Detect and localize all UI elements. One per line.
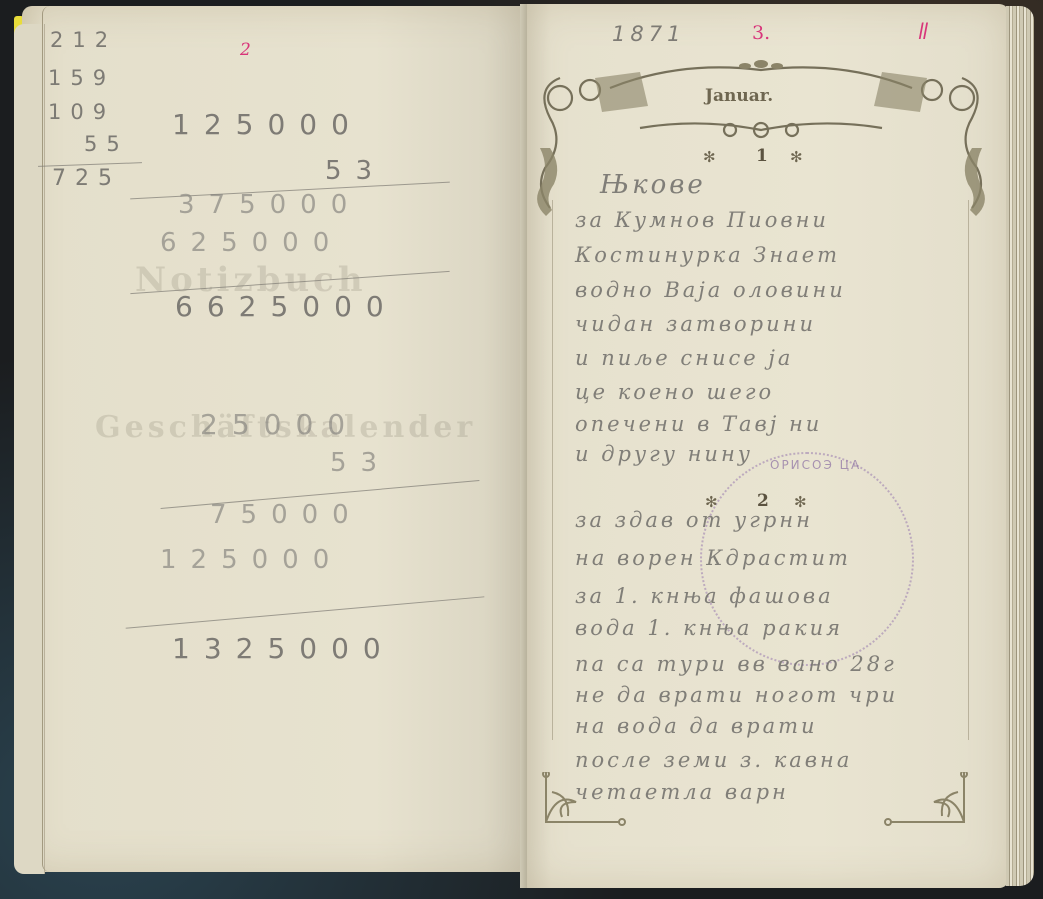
- flower-ornament-icon: ✻: [790, 148, 803, 166]
- day2-line-3: за 1. кнња фашова: [575, 584, 834, 608]
- year-note: 1871: [612, 22, 685, 46]
- day1-line-7: це коено шего: [575, 380, 774, 404]
- frame-right-line: [968, 200, 969, 740]
- calc1-partial-2: 625000: [160, 228, 343, 258]
- day1-line-3: Костинурка Знает: [575, 243, 840, 267]
- sum-row-4: 55: [84, 132, 129, 156]
- corner-ornament-left-icon: [540, 772, 630, 832]
- sum-row-1: 212: [50, 28, 117, 52]
- day2-line-8: после земи з. кавна: [575, 748, 852, 772]
- left-page-number: 2: [240, 40, 251, 60]
- frame-left-line: [552, 200, 553, 740]
- sum-row-3: 109: [48, 100, 115, 124]
- under-leaf: [14, 24, 45, 874]
- calc1-multiplicand: 125000: [172, 108, 363, 141]
- day1-line-9: и другу нину: [575, 442, 753, 466]
- calc2-result: 1325000: [172, 632, 395, 665]
- day1-line-4: водно Ваја оловини: [575, 278, 846, 302]
- day1-line-5: чидан затворини: [575, 312, 816, 336]
- stamp-text: ОРИСОЭ ЦА: [770, 458, 861, 472]
- day1-line-2: за Кумнов Пиовни: [575, 208, 829, 232]
- calc2-partial-2: 125000: [160, 545, 343, 575]
- right-page-number: 3.: [752, 22, 770, 44]
- calc2-partial-1: 75000: [210, 500, 363, 530]
- day2-line-6: не да врати ногот чри: [575, 683, 898, 707]
- sum-total: 725: [52, 166, 121, 191]
- day2-line-1: за здав от угрнн: [575, 508, 813, 532]
- day-1-number: 1: [756, 146, 768, 166]
- corner-ornament-right-icon: [880, 772, 970, 832]
- day1-line-6: и пиље снисе ја: [575, 346, 793, 370]
- calc2-multiplicand: 25000: [200, 408, 359, 441]
- day2-line-5: па са тури вв вано 28г: [575, 652, 897, 676]
- month-title: Januar.: [705, 86, 773, 106]
- day1-line-8: опечени в Тавј ни: [575, 412, 822, 436]
- calc1-result: 6625000: [175, 290, 398, 323]
- calc1-partial-1: 375000: [178, 190, 361, 220]
- day2-line-2: на ворен Кдрастит: [575, 546, 851, 570]
- day2-line-7: на вода да врати: [575, 714, 818, 738]
- calc1-multiplier: 53: [325, 156, 386, 186]
- pink-mark: ǁ: [918, 20, 929, 45]
- day1-line-1: Њкове: [600, 170, 706, 200]
- sum-row-2: 159: [48, 66, 115, 90]
- calc2-multiplier: 53: [330, 448, 391, 478]
- day2-line-4: вода 1. кнња ракия: [575, 616, 843, 640]
- flower-ornament-icon: ✻: [703, 148, 716, 166]
- page-edges: [1006, 6, 1034, 886]
